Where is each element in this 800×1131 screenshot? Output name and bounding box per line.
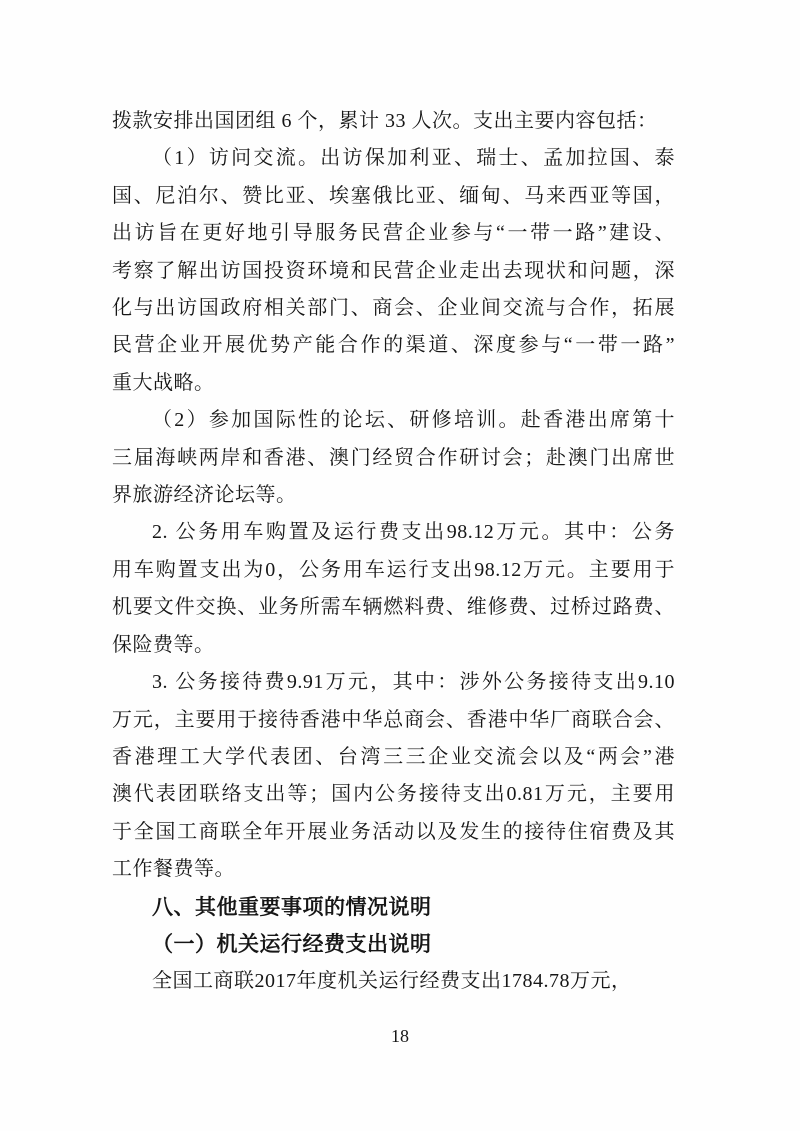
text-line: 于全国工商联全年开展业务活动以及发生的接待住宿费及其 [112, 814, 675, 851]
text-line: 化与出访国政府相关部门、商会、企业间交流与合作，拓展 [112, 290, 675, 327]
text-line: 用车购置支出为0，公务用车运行支出98.12万元。主要用于 [112, 552, 675, 589]
document-body: 拨款安排出国团组 6 个，累计 33 人次。支出主要内容包括：（1）访问交流。出… [112, 103, 675, 1001]
text-line: 机要文件交换、业务所需车辆燃料费、维修费、过桥过路费、 [112, 589, 675, 626]
text-line: 拨款安排出国团组 6 个，累计 33 人次。支出主要内容包括： [112, 103, 675, 140]
text-line: 重大战略。 [112, 365, 675, 402]
document-page: 拨款安排出国团组 6 个，累计 33 人次。支出主要内容包括：（1）访问交流。出… [0, 0, 800, 1131]
text-line: 国、尼泊尔、赞比亚、埃塞俄比亚、缅甸、马来西亚等国， [112, 178, 675, 215]
paragraph: （2）参加国际性的论坛、研修培训。赴香港出席第十三届海峡两岸和香港、澳门经贸合作… [112, 402, 675, 514]
paragraph: 2. 公务用车购置及运行费支出98.12万元。其中：公务用车购置支出为0，公务用… [112, 514, 675, 664]
text-line: 保险费等。 [112, 627, 675, 664]
text-line: 工作餐费等。 [112, 851, 675, 888]
text-line: （1）访问交流。出访保加利亚、瑞士、孟加拉国、泰 [112, 140, 675, 177]
text-line: 澳代表团联络支出等；国内公务接待支出0.81万元，主要用 [112, 776, 675, 813]
text-line: 香港理工大学代表团、台湾三三企业交流会以及“两会”港 [112, 739, 675, 776]
section-heading: （一）机关运行经费支出说明 [112, 926, 675, 963]
paragraph: 拨款安排出国团组 6 个，累计 33 人次。支出主要内容包括： [112, 103, 675, 140]
section-heading: 八、其他重要事项的情况说明 [112, 889, 675, 926]
text-line: 出访旨在更好地引导服务民营企业参与“一带一路”建设、 [112, 215, 675, 252]
text-line: 万元，主要用于接待香港中华总商会、香港中华厂商联合会、 [112, 702, 675, 739]
paragraph: （1）访问交流。出访保加利亚、瑞士、孟加拉国、泰国、尼泊尔、赞比亚、埃塞俄比亚、… [112, 140, 675, 402]
text-line: （一）机关运行经费支出说明 [112, 926, 675, 963]
text-line: （2）参加国际性的论坛、研修培训。赴香港出席第十 [112, 402, 675, 439]
paragraph: 3. 公务接待费9.91万元，其中：涉外公务接待支出9.10万元，主要用于接待香… [112, 664, 675, 888]
text-line: 3. 公务接待费9.91万元，其中：涉外公务接待支出9.10 [112, 664, 675, 701]
text-line: 三届海峡两岸和香港、澳门经贸合作研讨会；赴澳门出席世 [112, 440, 675, 477]
text-line: 2. 公务用车购置及运行费支出98.12万元。其中：公务 [112, 514, 675, 551]
text-line: 八、其他重要事项的情况说明 [112, 889, 675, 926]
text-line: 界旅游经济论坛等。 [112, 477, 675, 514]
text-line: 考察了解出访国投资环境和民营企业走出去现状和问题，深 [112, 253, 675, 290]
text-line: 民营企业开展优势产能合作的渠道、深度参与“一带一路” [112, 327, 675, 364]
paragraph: 全国工商联2017年度机关运行经费支出1784.78万元， [112, 963, 675, 1000]
page-number: 18 [0, 1026, 800, 1047]
text-line: 全国工商联2017年度机关运行经费支出1784.78万元， [112, 963, 675, 1000]
